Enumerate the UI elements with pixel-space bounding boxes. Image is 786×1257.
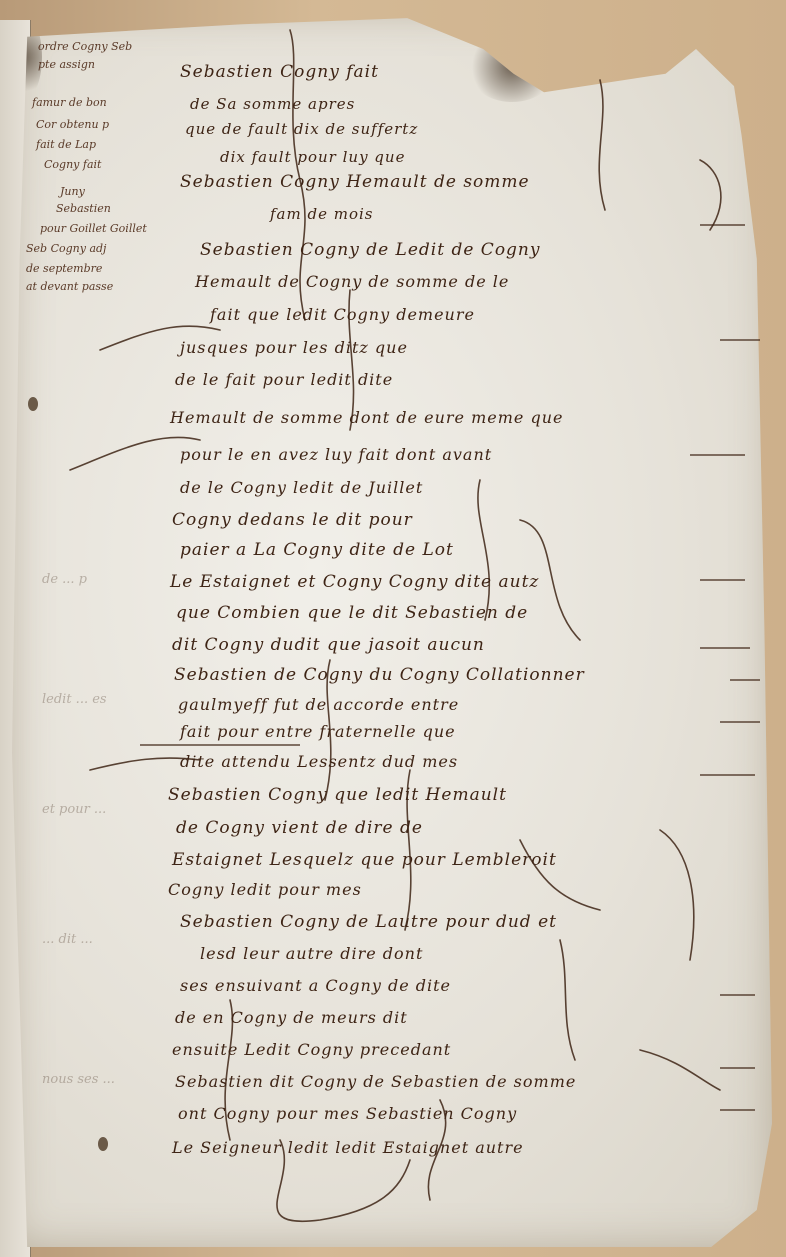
margin-note: fait de Lap [36,138,96,151]
text-line: fait que ledit Cogny demeure [210,305,475,324]
text-line: de en Cogny de meurs dit [175,1008,408,1027]
margin-note: Cor obtenu p [36,118,109,131]
margin-note: pte assign [38,58,95,71]
faint-text: de ... p [42,572,87,587]
binding-hole [98,1137,108,1151]
faint-text: et pour ... [42,802,106,817]
text-line: que Combien que le dit Sebastien de [176,603,528,623]
text-line: fait pour entre fraternelle que [180,722,456,741]
text-line: Sebastien Cogny de Ledit de Cogny [200,240,541,260]
text-line: Sebastien Cogny de Lautre pour dud et [180,912,557,932]
text-line: Sebastien dit Cogny de Sebastien de somm… [175,1072,576,1091]
margin-note: de septembre [26,262,102,275]
text-line: Cogny dedans le dit pour [172,510,413,530]
faint-text: nous ses ... [42,1072,115,1087]
text-line: fam de mois [270,205,373,223]
text-line: dix fault pour luy que [220,148,405,166]
text-line: dite attendu Lessentz dud mes [180,752,458,771]
text-line: de Cogny vient de dire de [176,818,423,838]
margin-note: Cogny fait [44,158,101,171]
faint-text: ledit ... es [42,692,107,707]
text-line: Sebastien de Cogny du Cogny Collationner [174,665,585,685]
faint-text: ... dit ... [42,932,93,947]
text-line: pour le en avez luy fait dont avant [180,445,492,464]
text-line: ensuite Ledit Cogny precedant [172,1040,451,1059]
text-line: Sebastien Cogny Hemault de somme [180,172,530,192]
margin-note: pour Goillet Goillet [40,222,147,235]
margin-note: Seb Cogny adj [26,242,106,255]
text-line: jusques pour les ditz que [180,338,408,357]
text-line: de le fait pour ledit dite [175,370,393,389]
margin-note: famur de bon [32,96,107,109]
text-line: que de fault dix de suffertz [185,120,418,138]
text-line: Sebastien Cogny que ledit Hemault [168,785,507,805]
text-line: ses ensuivant a Cogny de dite [180,976,451,995]
margin-note: Sebastien [56,202,111,215]
text-line: Hemault de Cogny de somme de le [195,272,509,291]
text-line: de Sa somme apres [190,95,355,113]
margin-note: Juny [60,185,85,198]
text-line: lesd leur autre dire dont [200,944,423,963]
text-line: Estaignet Lesquelz que pour Lembleroit [172,850,557,870]
text-line: gaulmyeff fut de accorde entre [178,695,459,714]
text-line: Cogny ledit pour mes [168,880,362,899]
text-line: de le Cogny ledit de Juillet [180,478,423,497]
margin-note: at devant passe [26,280,113,293]
text-line: Le Estaignet et Cogny Cogny dite autz [170,572,539,592]
text-line: ont Cogny pour mes Sebastien Cogny [178,1104,517,1123]
text-line: Sebastien Cogny fait [180,62,379,82]
manuscript-page: de ... p ledit ... es et pour ... ... di… [12,12,772,1247]
text-line: paier a La Cogny dite de Lot [180,540,454,560]
text-line: dit Cogny dudit que jasoit aucun [172,635,485,655]
text-line: Le Seigneur ledit ledit Estaignet autre [172,1138,524,1157]
margin-note: ordre Cogny Seb [38,40,132,53]
binding-hole [28,397,38,411]
text-line: Hemault de somme dont de eure meme que [170,408,563,427]
